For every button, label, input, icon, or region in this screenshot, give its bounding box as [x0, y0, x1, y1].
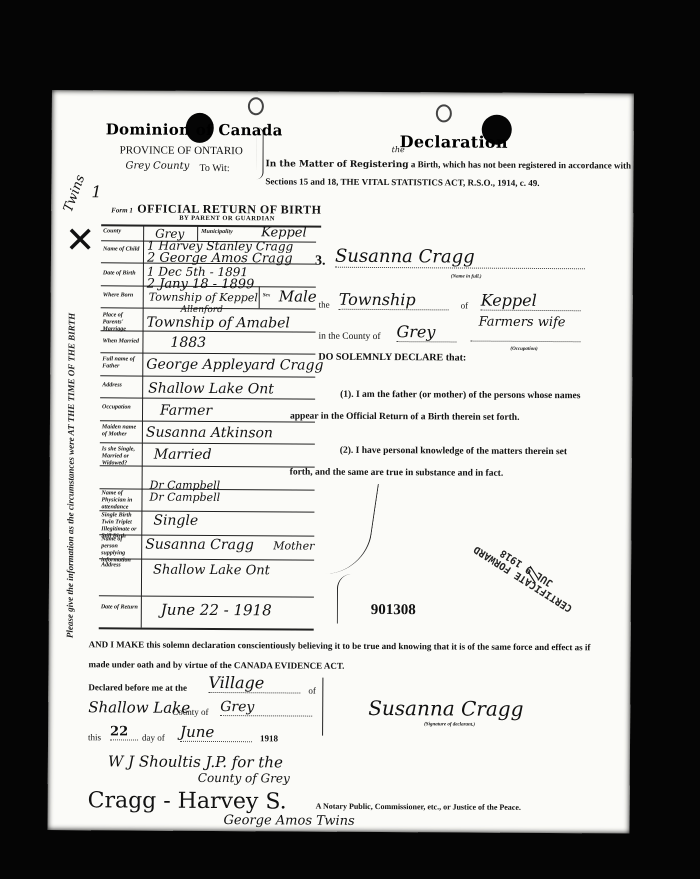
this-label: this — [88, 732, 101, 742]
signature-divider — [322, 678, 323, 736]
value-date-of-return: June 22 - 1918 — [161, 601, 272, 620]
value-marital-status: Married — [154, 447, 212, 463]
declaration-title: Declaration — [400, 132, 508, 152]
ring-mark-left — [248, 97, 264, 115]
province-label: PROVINCE OF ONTARIO — [120, 144, 243, 157]
row-line — [99, 595, 314, 597]
margin-number: 1 — [91, 182, 101, 201]
day-of-label: day of — [142, 733, 165, 743]
value-informant-relation: Mother — [273, 539, 314, 552]
closing-day: 22 — [110, 724, 138, 740]
value-municipality: Keppel — [261, 225, 307, 240]
registration-number: 901308 — [371, 602, 416, 619]
value-physician-2: Dr Campbell — [149, 491, 220, 504]
paren-mark — [337, 574, 352, 624]
official-caption: A Notary Public, Commissioner, etc., or … — [316, 802, 521, 812]
label-physician: Name of Physician in attendance — [101, 490, 139, 511]
value-mother-maiden: Susanna Atkinson — [146, 425, 273, 442]
row-line — [100, 375, 315, 377]
of-label: of — [461, 301, 469, 311]
closing-month: June — [180, 723, 252, 742]
row-line — [100, 397, 315, 399]
table-bottom-line — [99, 627, 314, 630]
place-type: Township — [339, 290, 449, 311]
value-where-born: Township of Keppel — [149, 291, 258, 305]
place-name: Keppel — [481, 291, 581, 312]
name-caption: (Name in full.) — [451, 274, 482, 279]
of-the-label: the — [319, 300, 330, 310]
label-father-name: Full name of Father — [102, 356, 140, 370]
matter-insert: the — [392, 145, 405, 154]
location-type: Village — [208, 673, 300, 694]
county-handwritten: Grey County — [126, 160, 190, 171]
clause-1: (1). I am the father (or mother) of the … — [290, 383, 590, 429]
value-sex: Male — [279, 287, 317, 305]
value-marriage-village: Allenford — [181, 305, 223, 315]
closing-of: of — [308, 686, 316, 696]
value-marriage-place: Township of Amabel — [147, 315, 290, 332]
declared-before: Declared before me at the — [88, 682, 187, 693]
ring-mark-right — [436, 104, 452, 122]
official-signature: W J Shoultis J.P. for the — [108, 752, 283, 771]
where-born-divider — [259, 286, 260, 308]
solemnly-declare: DO SOLEMNLY DECLARE that: — [318, 352, 466, 364]
value-birth-type: Single — [153, 513, 198, 529]
row-line — [100, 420, 315, 422]
clause-2: (2). I have personal knowledge of the ma… — [290, 439, 590, 485]
official-county: County of Grey — [198, 771, 290, 786]
matter-prefix: In the Matter of Registering — [266, 159, 409, 170]
value-informant: Susanna Cragg — [145, 537, 254, 554]
declarant-occupation: Farmers wife — [479, 315, 566, 331]
margin-x-mark: ✕ — [65, 220, 95, 261]
label-informant: Name of person supplying information — [101, 536, 139, 564]
county-prefix: in the County of — [318, 332, 380, 342]
value-father-address: Shallow Lake Ont — [148, 381, 274, 398]
signature-caption: (Signature of declarant.) — [424, 722, 475, 727]
label-place-of-marriage: Place of Parents' Marriage — [103, 312, 141, 333]
declaration-number: 3. — [315, 254, 326, 270]
declarant-signature: Susanna Cragg — [368, 696, 523, 721]
form-subtitle: BY PARENT OR GUARDIAN — [179, 215, 275, 223]
index-note-2: George Amos Twins — [223, 813, 354, 829]
sex-label: Sex — [263, 293, 271, 298]
value-occupation: Farmer — [160, 403, 212, 419]
side-instruction: Please give the information as the circu… — [65, 313, 77, 638]
header-brace — [256, 127, 263, 179]
label-marital-status: Is she Single, Married or Widowed? — [102, 446, 140, 467]
index-note-1: Cragg - Harvey S. — [88, 788, 287, 814]
declarant-name: Susanna Cragg — [335, 246, 585, 270]
closing-statement: AND I MAKE this solemn declaration consc… — [88, 634, 608, 677]
value-when-married: 1883 — [170, 335, 206, 351]
label-mother-maiden-name: Maiden name of Mother — [102, 424, 140, 438]
bracket-mark — [325, 484, 379, 574]
closing-year: 1918 — [260, 733, 278, 743]
stamp-line-1: CERTIFICATE FORWARD — [472, 543, 575, 614]
to-wit-label: To Wit: — [199, 163, 229, 174]
document-page: Dominion of Canada PROVINCE OF ONTARIO G… — [47, 90, 634, 834]
form-number: Form 1 — [111, 206, 133, 214]
row-line — [100, 352, 315, 354]
county-of-label: County of — [172, 707, 208, 717]
occupation-line — [470, 341, 580, 343]
row-line — [100, 442, 315, 444]
margin-note-twins: Twins — [61, 173, 88, 214]
occupation-caption: (Occupation) — [510, 347, 537, 352]
closing-county: Grey — [220, 699, 312, 717]
value-informant-address: Shallow Lake Ont — [153, 563, 270, 579]
matter-text: In the Matter of Registering a Birth, wh… — [265, 155, 633, 192]
value-father-name: George Appleyard Cragg — [146, 357, 323, 374]
declarant-county: Grey — [396, 322, 456, 342]
